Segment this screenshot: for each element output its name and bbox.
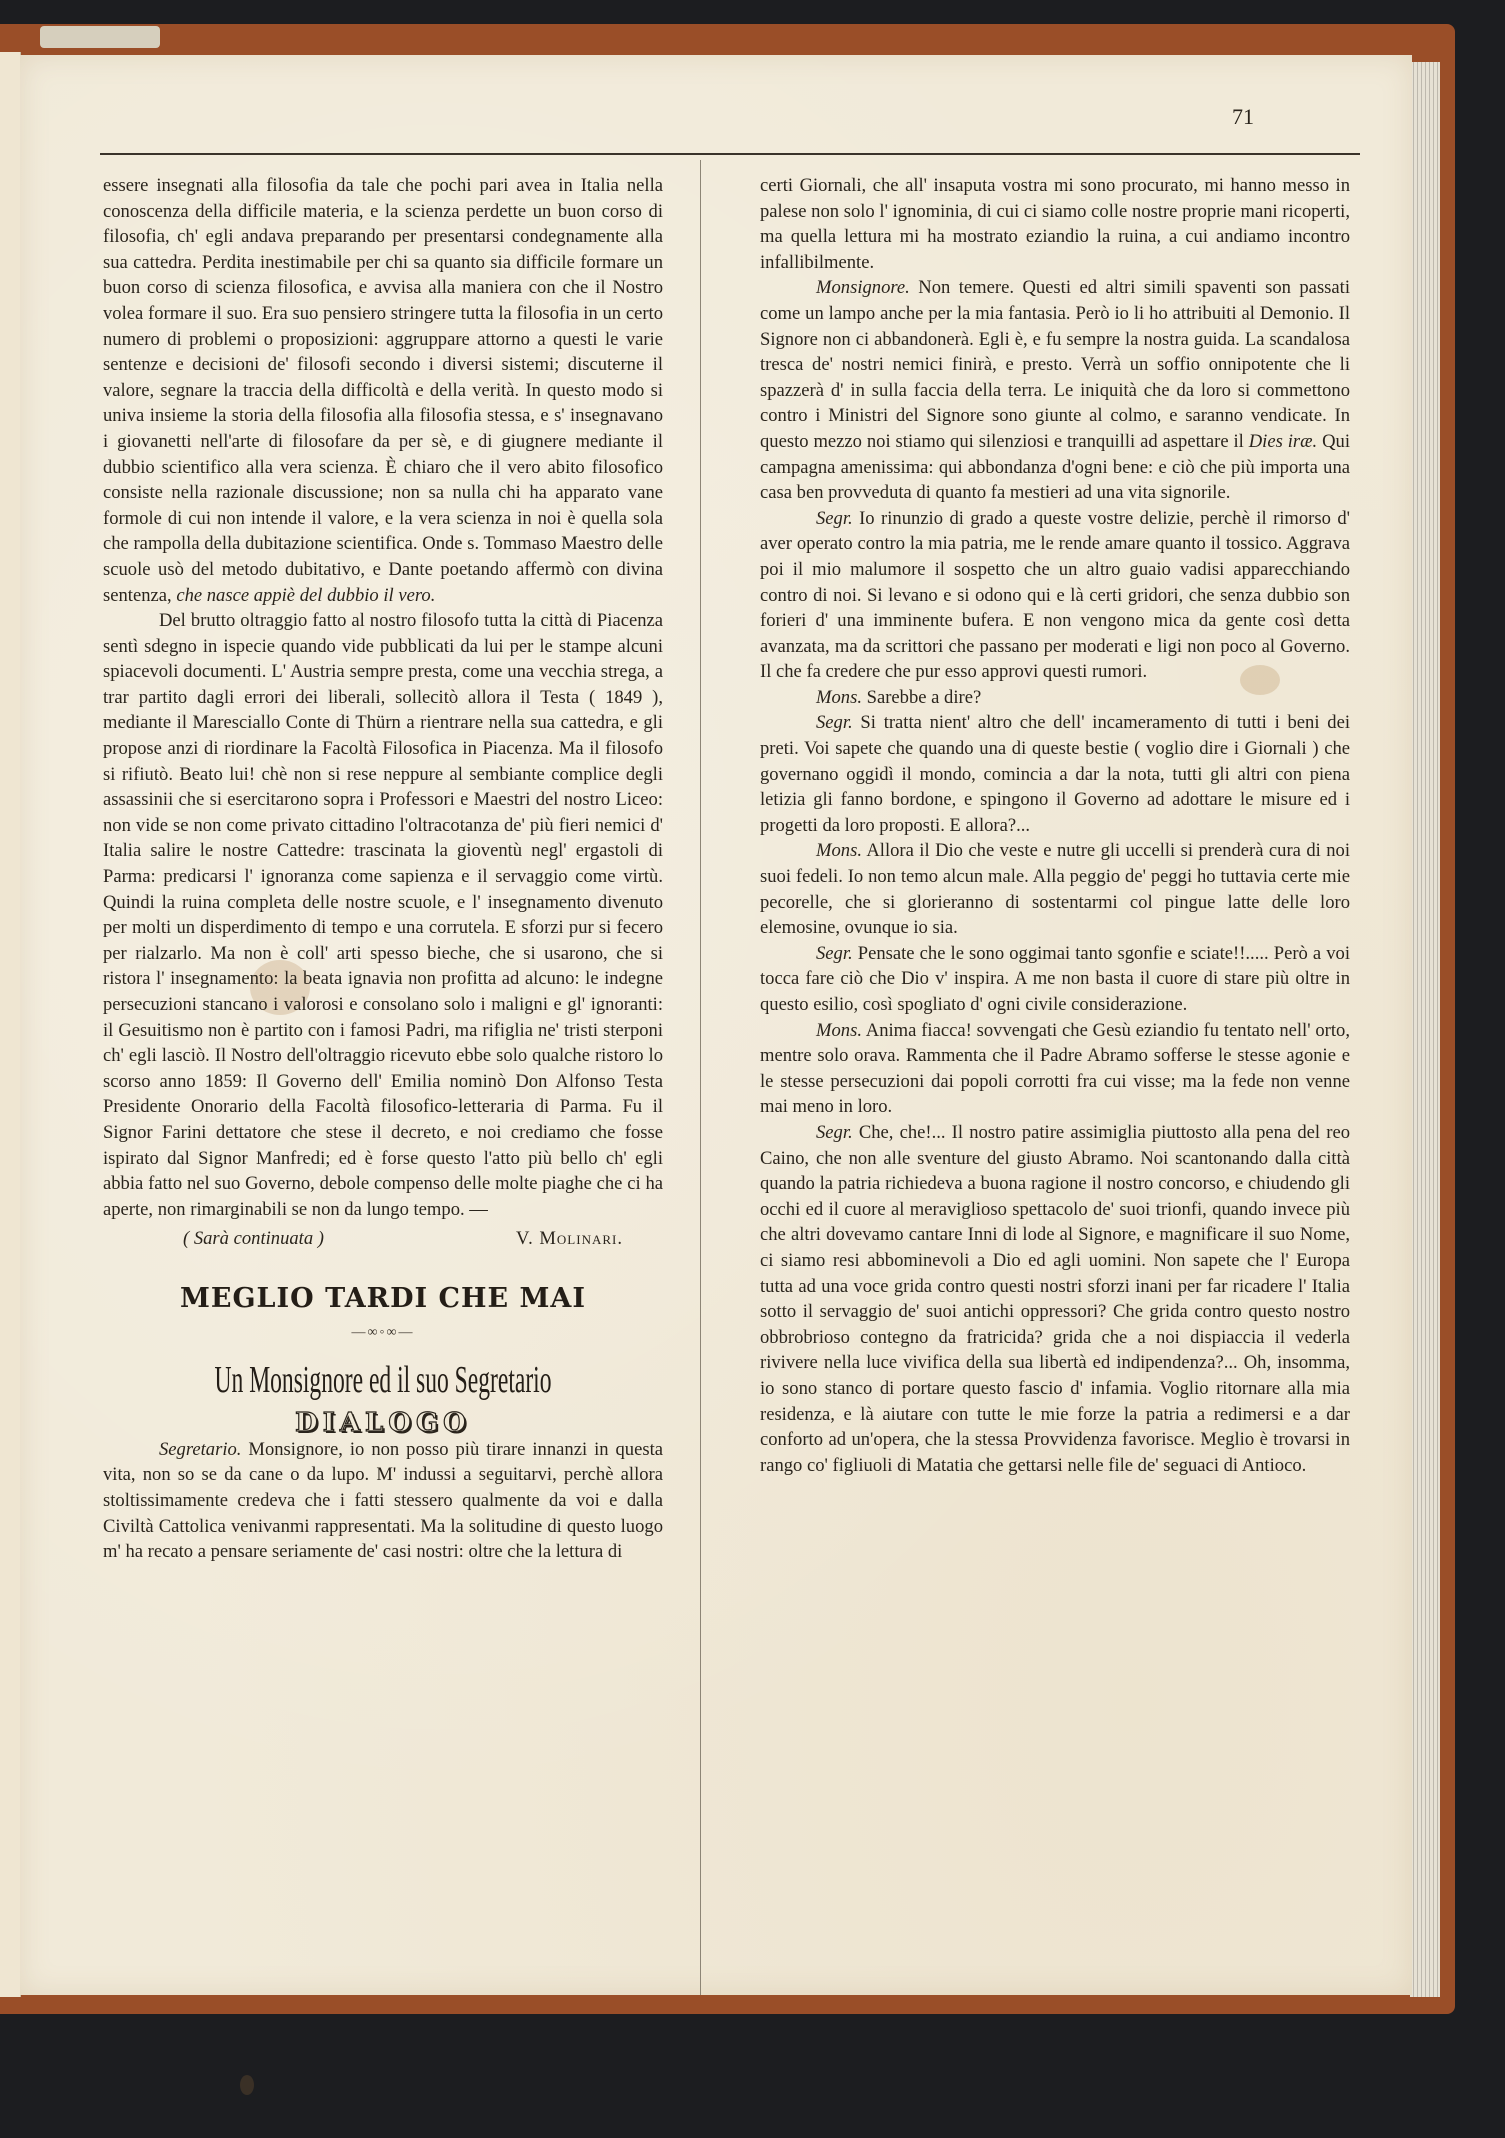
page-number: 71 [1232,104,1254,130]
speaker-name: Monsignore. [816,277,910,298]
dialogue-line: Segretario. Monsignore, io non posso più… [103,1437,663,1565]
dialogue-text: Sarebbe a dire? [862,687,981,708]
dialogue-line: Segr. Io rinunzio di grado a queste vost… [760,506,1350,685]
dialogue-text: Non temere. Questi ed altri simili spave… [760,277,1350,452]
ornament-divider-icon: —∞◦∞— [103,1320,663,1346]
paragraph-text: essere insegnati alla filosofia da tale … [103,175,663,606]
signature-row: ( Sarà continuata ) V. Molinari. [103,1226,663,1252]
dialogue-line: Segr. Pensate che le sono oggimai tanto … [760,941,1350,1018]
speaker-name: Segr. [816,508,853,529]
dialogue-line: Mons. Sarebbe a dire? [760,685,1350,711]
left-column: essere insegnati alla filosofia da tale … [103,173,663,1565]
article-title: MEGLIO TARDI CHE MAI [103,1286,663,1312]
dialogue-text: Che, che!... Il nostro patire assimiglia… [760,1122,1350,1476]
speaker-name: Segr. [816,943,853,964]
speaker-name: Segr. [816,1122,853,1143]
genre-heading: DIALOGO [103,1411,663,1437]
paper-stain [240,2075,254,2095]
paragraph: essere insegnati alla filosofia da tale … [103,173,663,608]
page-stack-edge [1410,62,1440,1997]
article-subtitle: Un Monsignore ed il suo Segretario [209,1357,556,1403]
header-rule [100,153,1360,155]
column-divider [700,160,701,1995]
author-signature: V. Molinari. [516,1226,623,1252]
speaker-name: Mons. [816,840,862,861]
dialogue-line: Mons. Allora il Dio che veste e nutre gl… [760,838,1350,940]
paragraph-text: Del brutto oltraggio fatto al nostro fil… [103,610,663,1220]
latin-phrase: Dies iræ. [1249,431,1317,452]
dialogue-line: Segr. Che, che!... Il nostro patire assi… [760,1120,1350,1478]
frayed-binding-edge [40,26,160,48]
right-column: certi Giornali, che all' insaputa vostra… [760,173,1350,1478]
speaker-name: Segr. [816,712,853,733]
dialogue-text: Io rinunzio di grado a queste vostre del… [760,508,1350,683]
dialogue-line: Mons. Anima fiacca! sovvengati che Gesù … [760,1018,1350,1120]
paragraph: Del brutto oltraggio fatto al nostro fil… [103,608,663,1222]
speaker-name: Segretario. [159,1439,241,1460]
continuation-note: ( Sarà continuata ) [183,1226,324,1252]
dialogue-line: Segr. Si tratta nient' altro che dell' i… [760,710,1350,838]
previous-page-edge [0,52,21,1997]
dialogue-continuation: certi Giornali, che all' insaputa vostra… [760,173,1350,275]
speaker-name: Mons. [816,1020,862,1041]
speaker-name: Mons. [816,687,862,708]
dante-quote: che nasce appiè del dubbio il vero. [176,585,435,606]
dialogue-line: Monsignore. Non temere. Questi ed altri … [760,275,1350,505]
